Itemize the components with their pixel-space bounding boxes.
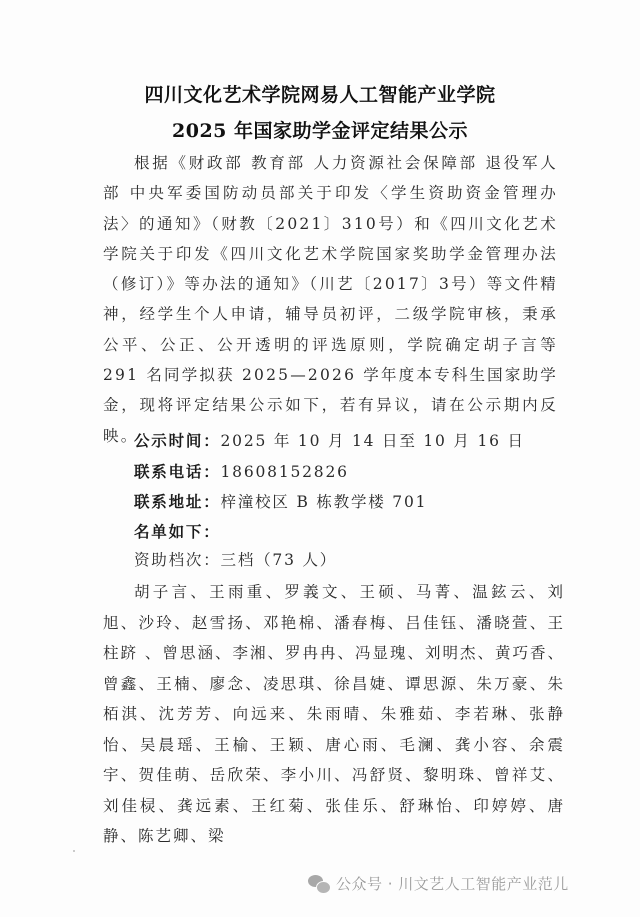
document-title-line2: 2025 年国家助学金评定结果公示 (0, 116, 640, 143)
document-page: 四川文化艺术学院网易人工智能产业学院 2025 年国家助学金评定结果公示 根据《… (0, 0, 640, 917)
contact-address-label: 联系地址： (134, 492, 221, 511)
list-heading-row: 名单如下： (134, 520, 221, 542)
contact-phone-row: 联系电话：18608152826 (134, 460, 349, 482)
aid-tier-label: 资助档次： (134, 551, 221, 569)
publicity-time-row: 公示时间：2025 年 10 月 14 日至 10 月 16 日 (134, 429, 525, 451)
recipient-names-list: 胡子言、王雨重、罗義文、王硕、马菁、温鉉云、刘旭、沙玲、赵雪扬、邓艳棉、潘春梅、… (103, 577, 565, 852)
aid-tier-value: 三档（73 人） (221, 551, 338, 569)
scan-speck (73, 850, 75, 852)
wechat-watermark: 公众号 · 川文艺人工智能产业范儿 (308, 873, 569, 894)
list-heading-label: 名单如下： (134, 522, 221, 541)
document-title-line1: 四川文化艺术学院网易人工智能产业学院 (0, 80, 640, 107)
contact-address-row: 联系地址：梓潼校区 B 栋教学楼 701 (134, 490, 427, 512)
contact-phone-value: 18608152826 (221, 463, 349, 481)
intro-paragraph-block: 根据《财政部 教育部 人力资源社会保障部 退役军人部 中央军委国防动员部关于印发… (103, 148, 558, 451)
wechat-icon (308, 875, 330, 893)
publicity-time-label: 公示时间： (134, 431, 221, 450)
publicity-time-value: 2025 年 10 月 14 日至 10 月 16 日 (221, 432, 525, 450)
intro-paragraph: 根据《财政部 教育部 人力资源社会保障部 退役军人部 中央军委国防动员部关于印发… (103, 148, 558, 451)
contact-address-value: 梓潼校区 B 栋教学楼 701 (221, 493, 428, 511)
aid-tier-row: 资助档次：三档（73 人） (134, 548, 337, 570)
watermark-text: 公众号 · 川文艺人工智能产业范儿 (336, 873, 569, 894)
contact-phone-label: 联系电话： (134, 462, 221, 481)
